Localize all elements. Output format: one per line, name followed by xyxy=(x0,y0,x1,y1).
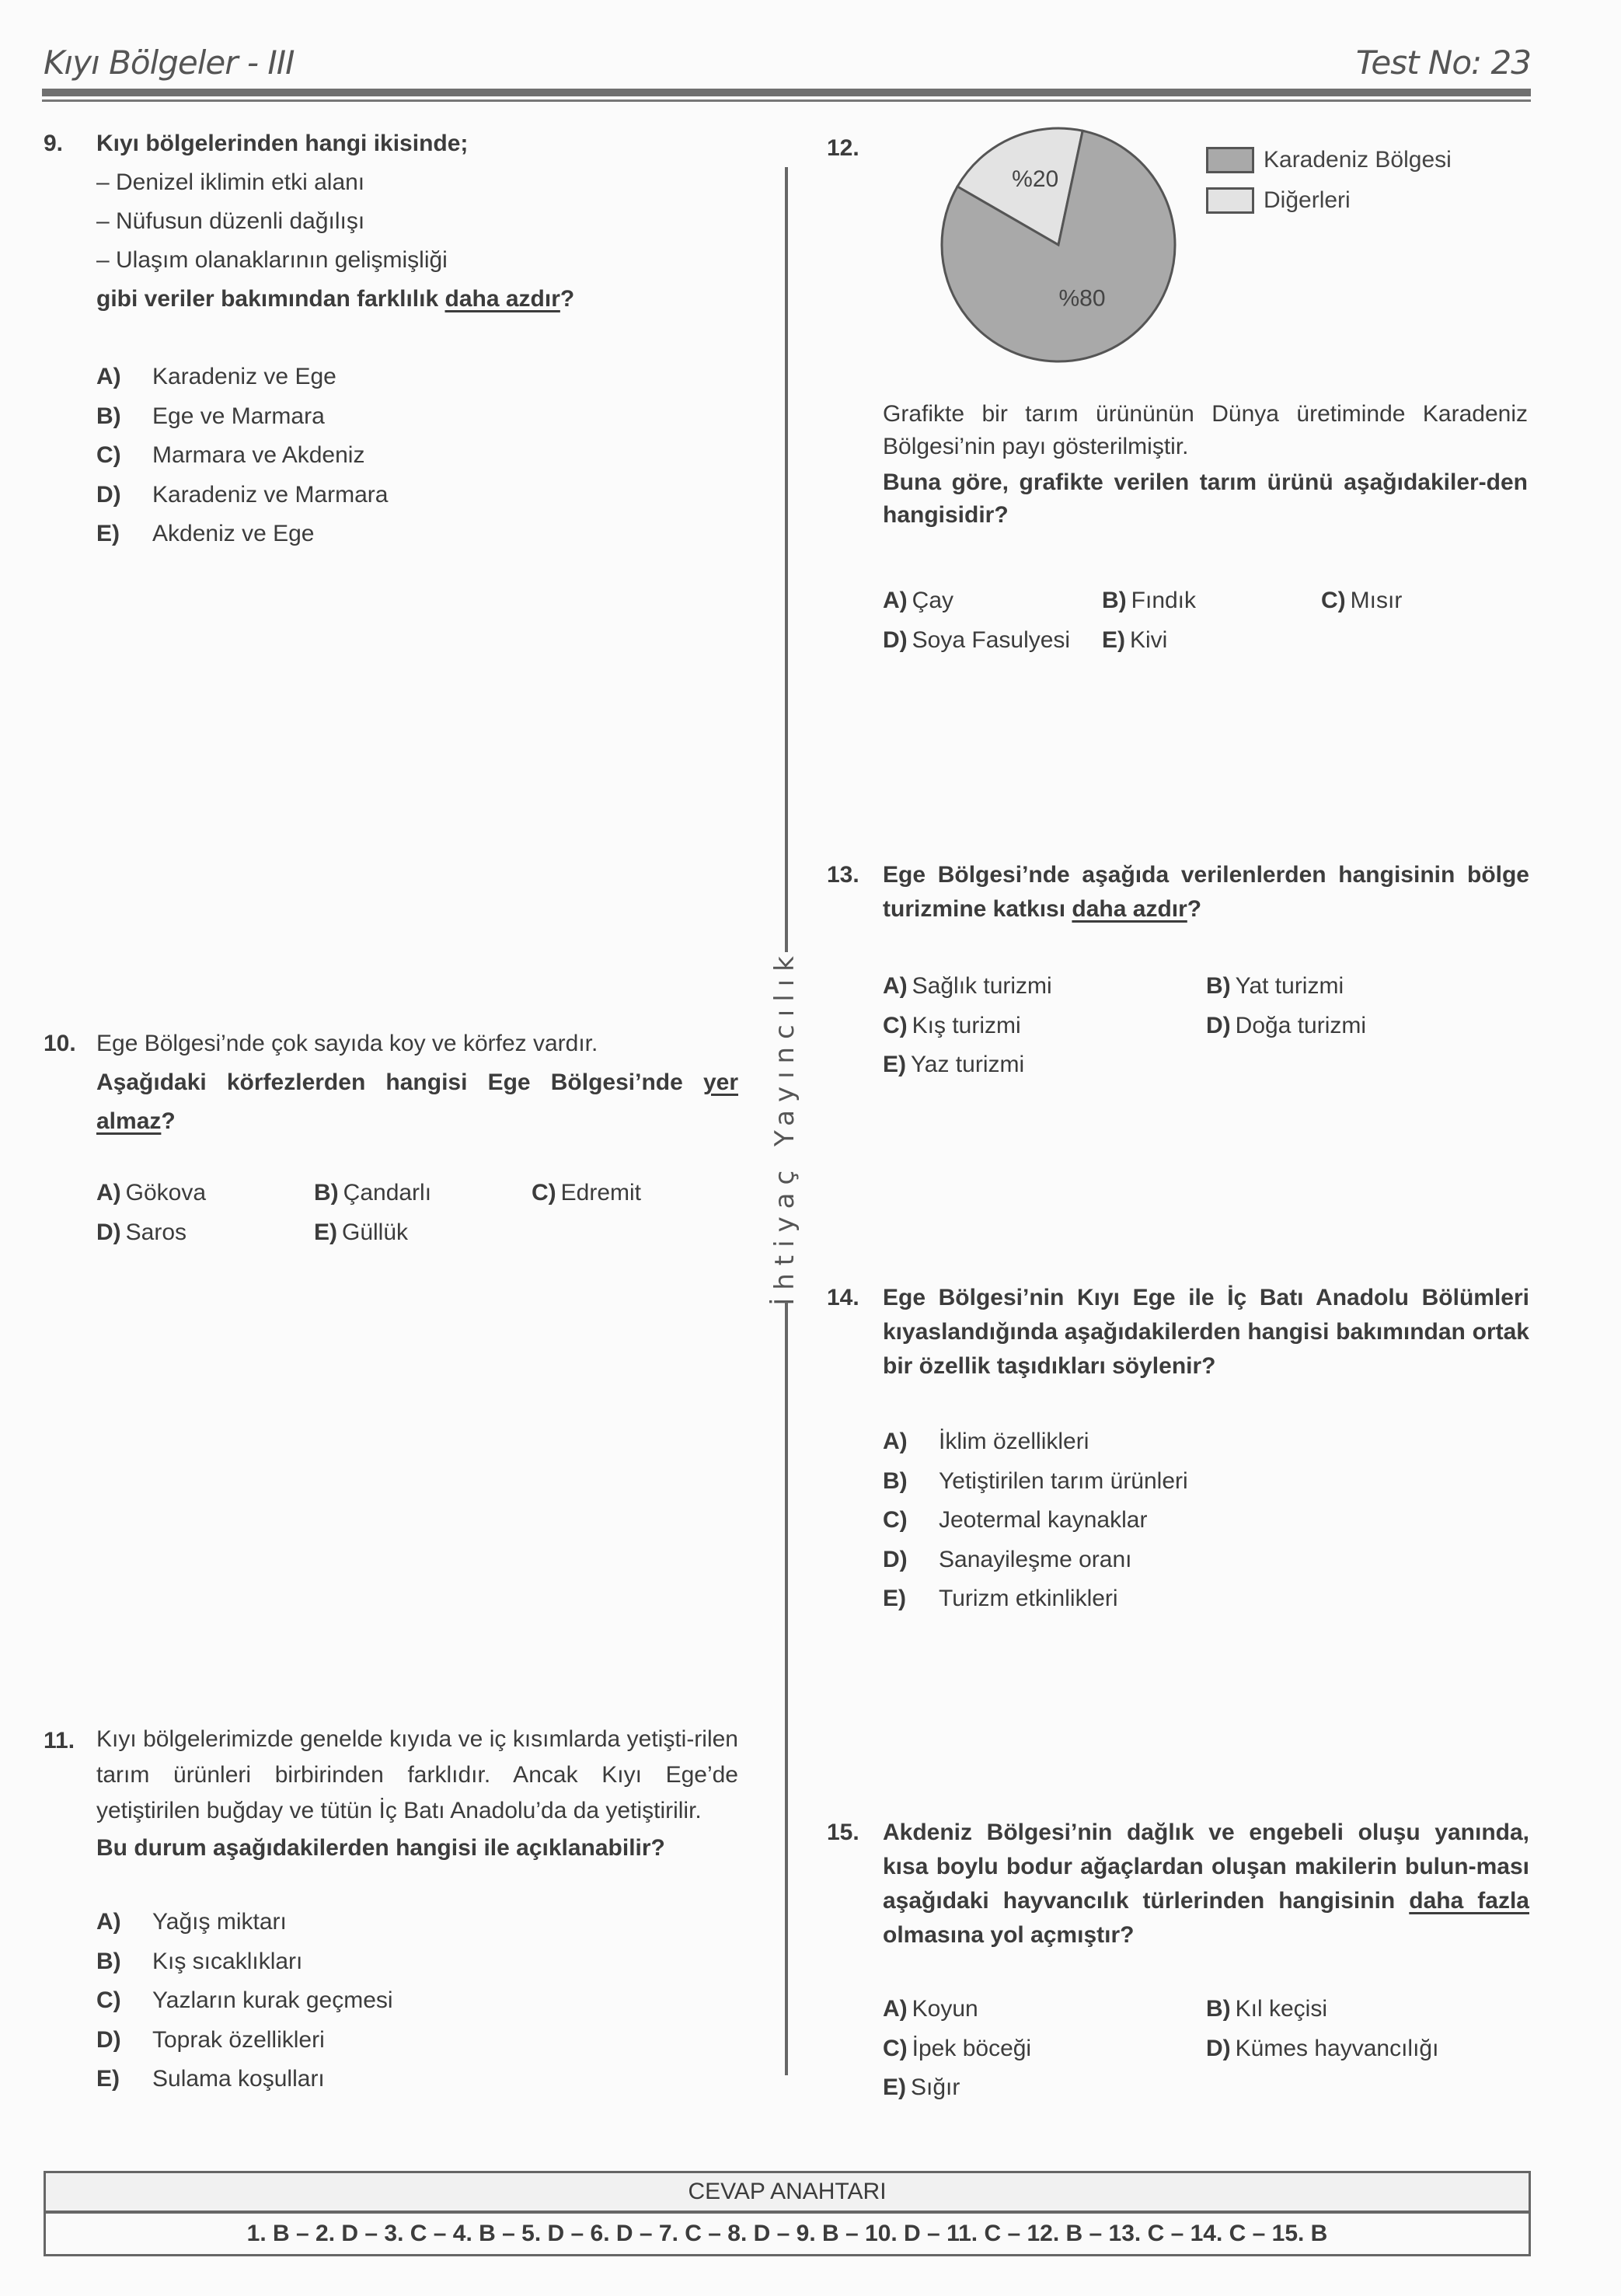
option-b[interactable]: B)Ege ve Marmara xyxy=(96,397,388,437)
question-intro: Grafikte bir tarım ürününün Dünya üretim… xyxy=(883,398,1528,463)
question-ask: Ege Bölgesi’nde aşağıda verilenlerden ha… xyxy=(883,858,1529,926)
option-e[interactable]: E)Sulama koşulları xyxy=(96,2060,393,2099)
question-9: 9.Kıyı bölgelerinden hangi ikisinde; – D… xyxy=(44,124,743,319)
column-divider-bottom xyxy=(785,1302,788,2075)
pie-value-label: %80 xyxy=(1058,286,1105,312)
publisher-vertical-text: İhtiyaç Yayıncılık xyxy=(765,956,804,1298)
option-a[interactable]: A)Koyun xyxy=(883,1990,1206,2029)
list-item: – Ulaşım olanaklarının gelişmişliği xyxy=(96,241,743,280)
option-a[interactable]: A)İklim özellikleri xyxy=(883,1422,1188,1462)
question-ask: Akdeniz Bölgesi’nin dağlık ve engebeli o… xyxy=(883,1816,1529,1952)
option-b[interactable]: B)Kış sıcaklıkları xyxy=(96,1942,393,1982)
option-c[interactable]: C)Mısır xyxy=(1321,581,1402,621)
option-d[interactable]: D)Kümes hayvancılığı xyxy=(1206,2029,1438,2069)
column-divider-top xyxy=(785,167,788,952)
option-a[interactable]: A)Karadeniz ve Ege xyxy=(96,358,388,397)
question-number: 15. xyxy=(827,1816,883,1952)
option-d[interactable]: D)Karadeniz ve Marmara xyxy=(96,476,388,515)
test-number: Test No: 23 xyxy=(1356,44,1531,82)
question-ask: Ege Bölgesi’nin Kıyı Ege ile İç Batı Ana… xyxy=(883,1281,1529,1384)
option-d[interactable]: D)Doğa turizmi xyxy=(1206,1007,1366,1046)
option-d[interactable]: D)Toprak özellikleri xyxy=(96,2021,393,2060)
option-a[interactable]: A)Çay xyxy=(883,581,1102,621)
answer-key-title: CEVAP ANAHTARI xyxy=(46,2173,1529,2214)
list-item: – Nüfusun düzenli dağılışı xyxy=(96,202,743,241)
question-ask: Bu durum aşağıdakilerden hangisi ile açı… xyxy=(96,1829,738,1868)
question-number: 14. xyxy=(827,1281,883,1384)
legend-item-digerleri: Diğerleri xyxy=(1206,180,1452,221)
option-e[interactable]: E)Sığır xyxy=(883,2068,1438,2108)
option-c[interactable]: C)İpek böceği xyxy=(883,2029,1206,2069)
question-12-options: A)Çay B)Fındık C)Mısır D)Soya Fasulyesi … xyxy=(883,581,1402,660)
option-b[interactable]: B)Fındık xyxy=(1102,581,1321,621)
answer-key-answers: 1. B – 2. D – 3. C – 4. B – 5. D – 6. D … xyxy=(46,2214,1529,2254)
question-12: Grafikte bir tarım ürününün Dünya üretim… xyxy=(883,398,1528,532)
question-number: 12. xyxy=(827,129,859,168)
option-c[interactable]: C)Edremit xyxy=(532,1174,641,1213)
option-c[interactable]: C)Yazların kurak geçmesi xyxy=(96,1981,393,2021)
option-e[interactable]: E)Akdeniz ve Ege xyxy=(96,515,388,554)
question-ask: Buna göre, grafikte verilen tarım ürünü … xyxy=(883,466,1528,532)
header-rule xyxy=(42,89,1531,96)
question-13: 13. Ege Bölgesi’nde aşağıda verilenlerde… xyxy=(827,858,1529,926)
option-c[interactable]: C)Marmara ve Akdeniz xyxy=(96,436,388,476)
question-number: 13. xyxy=(827,858,883,926)
question-ask: Aşağıdaki körfezlerden hangisi Ege Bölge… xyxy=(96,1063,738,1141)
legend-swatch xyxy=(1206,147,1254,173)
option-a[interactable]: A)Sağlık turizmi xyxy=(883,967,1206,1007)
option-d[interactable]: D)Saros xyxy=(96,1213,314,1253)
question-11: 11. Kıyı bölgelerimizde genelde kıyıda v… xyxy=(44,1722,743,1868)
legend-swatch xyxy=(1206,187,1254,214)
question-number: 10. xyxy=(44,1024,96,1063)
option-a[interactable]: A)Yağış miktarı xyxy=(96,1903,393,1942)
option-d[interactable]: D)Sanayileşme oranı xyxy=(883,1541,1188,1580)
question-10: 10.Ege Bölgesi’nde çok sayıda koy ve kör… xyxy=(44,1024,743,1141)
question-11-options: A)Yağış miktarı B)Kış sıcaklıkları C)Yaz… xyxy=(96,1903,393,2099)
option-b[interactable]: B)Yat turizmi xyxy=(1206,967,1344,1007)
question-15-options: A)Koyun B)Kıl keçisi C)İpek böceği D)Küm… xyxy=(883,1990,1438,2108)
option-e[interactable]: E)Güllük xyxy=(314,1213,408,1253)
option-e[interactable]: E)Turizm etkinlikleri xyxy=(883,1579,1188,1619)
option-e[interactable]: E)Kivi xyxy=(1102,621,1167,661)
question-number: 9. xyxy=(44,124,96,163)
question-number: 11. xyxy=(44,1722,96,1868)
option-b[interactable]: B)Çandarlı xyxy=(314,1174,532,1213)
question-10-options: A)Gökova B)Çandarlı C)Edremit D)Saros E)… xyxy=(96,1174,641,1252)
pie-chart: %20%80 xyxy=(933,124,1189,373)
chart-legend: Karadeniz Bölgesi Diğerleri xyxy=(1206,140,1452,221)
legend-item-karadeniz: Karadeniz Bölgesi xyxy=(1206,140,1452,180)
list-item: – Denizel iklimin etki alanı xyxy=(96,163,743,202)
question-ask: gibi veriler bakımından farklılık daha a… xyxy=(96,280,743,319)
question-14: 14. Ege Bölgesi’nin Kıyı Ege ile İç Batı… xyxy=(827,1281,1529,1384)
pie-value-label: %20 xyxy=(1012,166,1058,192)
answer-key: CEVAP ANAHTARI 1. B – 2. D – 3. C – 4. B… xyxy=(44,2171,1531,2256)
question-15: 15. Akdeniz Bölgesi’nin dağlık ve engebe… xyxy=(827,1816,1529,1952)
option-e[interactable]: E)Yaz turizmi xyxy=(883,1045,1366,1085)
option-c[interactable]: C)Jeotermal kaynaklar xyxy=(883,1501,1188,1541)
option-b[interactable]: B)Kıl keçisi xyxy=(1206,1990,1327,2029)
option-d[interactable]: D)Soya Fasulyesi xyxy=(883,621,1102,661)
question-14-options: A)İklim özellikleri B)Yetiştirilen tarım… xyxy=(883,1422,1188,1619)
question-stem: Kıyı bölgelerinden hangi ikisinde; xyxy=(96,124,468,163)
test-topic-title: Kıyı Bölgeler - III xyxy=(44,44,295,82)
question-intro: Ege Bölgesi’nde çok sayıda koy ve körfez… xyxy=(96,1024,598,1063)
question-13-options: A)Sağlık turizmi B)Yat turizmi C)Kış tur… xyxy=(883,967,1366,1085)
option-c[interactable]: C)Kış turizmi xyxy=(883,1007,1206,1046)
option-a[interactable]: A)Gökova xyxy=(96,1174,314,1213)
header-rule-thin xyxy=(42,99,1531,102)
question-9-options: A)Karadeniz ve Ege B)Ege ve Marmara C)Ma… xyxy=(96,358,388,554)
option-b[interactable]: B)Yetiştirilen tarım ürünleri xyxy=(883,1462,1188,1502)
question-intro: Kıyı bölgelerimizde genelde kıyıda ve iç… xyxy=(96,1722,738,1829)
